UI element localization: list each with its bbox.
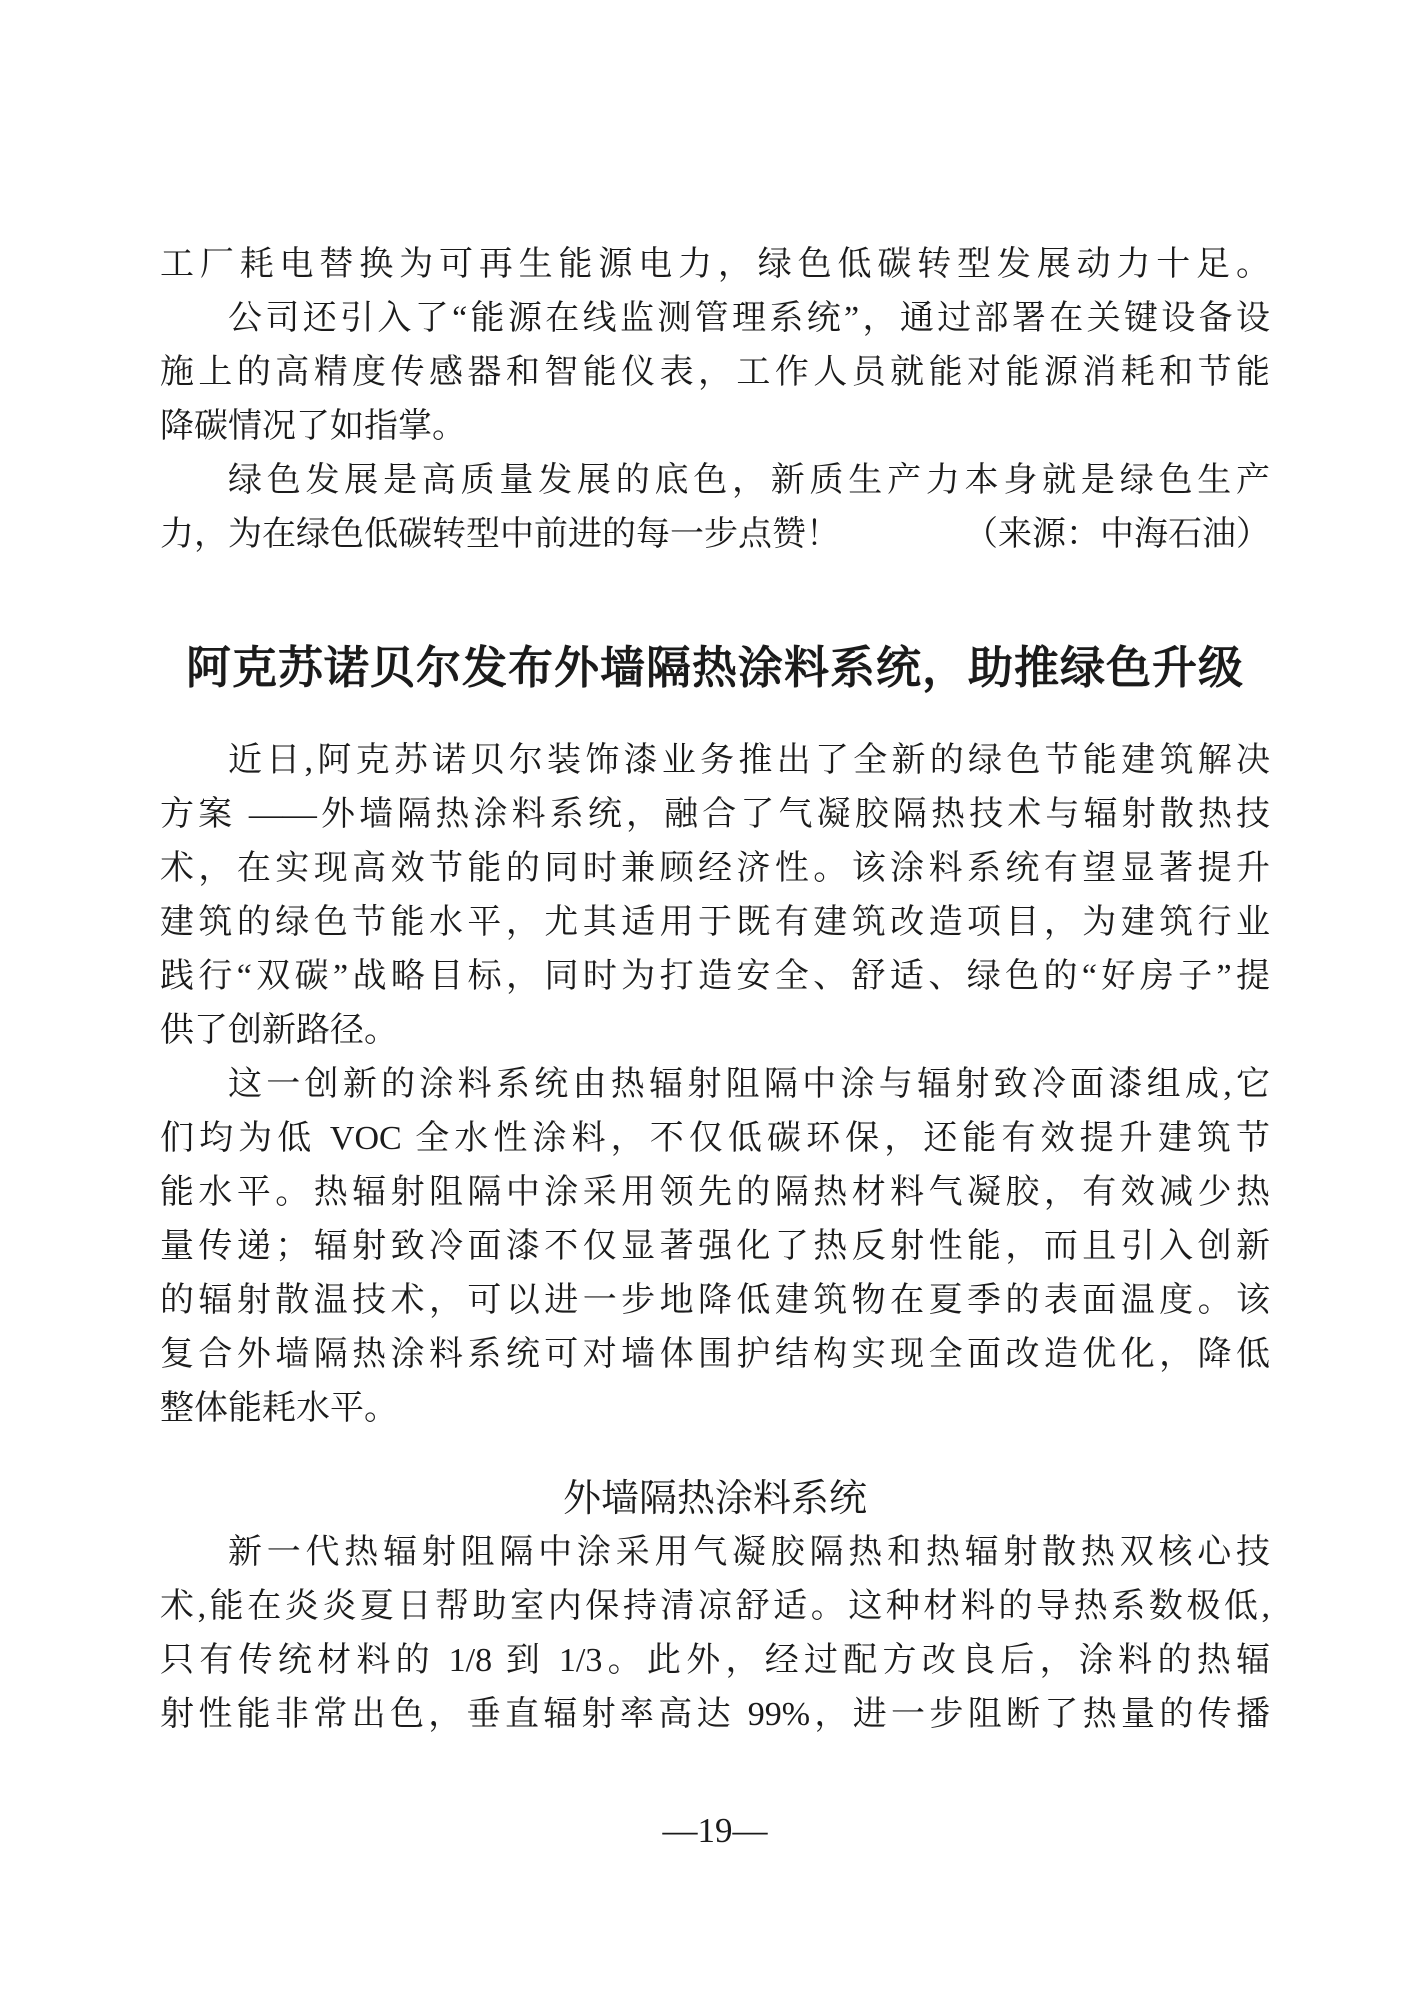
- body-line: 们均为低 VOC 全水性涂料，不仅低碳环保，还能有效提升建筑节: [160, 1112, 1270, 1166]
- body-line: 方案 ——外墙隔热涂料系统，融合了气凝胶隔热技术与辐射散热技: [160, 788, 1270, 842]
- body-line: 近日,阿克苏诺贝尔装饰漆业务推出了全新的绿色节能建筑解决: [160, 734, 1270, 788]
- body-line: 只有传统材料的 1/8 到 1/3。此外，经过配方改良后，涂料的热辐: [160, 1634, 1270, 1688]
- sub-heading: 外墙隔热涂料系统: [160, 1472, 1270, 1526]
- page-number: —19—: [160, 1804, 1270, 1858]
- body-line: 建筑的绿色节能水平，尤其适用于既有建筑改造项目，为建筑行业: [160, 896, 1270, 950]
- document-page: 工厂耗电替换为可再生能源电力，绿色低碳转型发展动力十足。公司还引入了“能源在线监…: [0, 0, 1415, 2000]
- body-line: 射性能非常出色，垂直辐射率高达 99%，进一步阻断了热量的传播: [160, 1688, 1270, 1742]
- body-line: 的辐射散温技术，可以进一步地降低建筑物在夏季的表面温度。该: [160, 1274, 1270, 1328]
- body-line: 术,能在炎炎夏日帮助室内保持清凉舒适。这种材料的导热系数极低,: [160, 1580, 1270, 1634]
- body-line: 施上的高精度传感器和智能仪表，工作人员就能对能源消耗和节能: [160, 346, 1270, 400]
- source-attribution: （来源：中海石油）: [964, 508, 1270, 562]
- body-line: 践行“双碳”战略目标，同时为打造安全、舒适、绿色的“好房子”提: [160, 950, 1270, 1004]
- body-line: 这一创新的涂料系统由热辐射阻隔中涂与辐射致冷面漆组成,它: [160, 1058, 1270, 1112]
- body-line: 术，在实现高效节能的同时兼顾经济性。该涂料系统有望显著提升: [160, 842, 1270, 896]
- body-line: 能水平。热辐射阻隔中涂采用领先的隔热材料气凝胶，有效减少热: [160, 1166, 1270, 1220]
- body-line: 新一代热辐射阻隔中涂采用气凝胶隔热和热辐射散热双核心技: [160, 1526, 1270, 1580]
- body-line: 降碳情况了如指掌。: [160, 400, 1270, 454]
- line-text-left: 力，为在绿色低碳转型中前进的每一步点赞！: [160, 508, 840, 562]
- body-line: 量传递；辐射致冷面漆不仅显著强化了热反射性能，而且引入创新: [160, 1220, 1270, 1274]
- body-line: 复合外墙隔热涂料系统可对墙体围护结构实现全面改造优化，降低: [160, 1328, 1270, 1382]
- body-line: 力，为在绿色低碳转型中前进的每一步点赞！（来源：中海石油）: [160, 508, 1270, 562]
- body-line: 绿色发展是高质量发展的底色，新质生产力本身就是绿色生产: [160, 454, 1270, 508]
- body-line: 工厂耗电替换为可再生能源电力，绿色低碳转型发展动力十足。: [160, 238, 1270, 292]
- body-line: 整体能耗水平。: [160, 1382, 1270, 1436]
- section-heading: 阿克苏诺贝尔发布外墙隔热涂料系统，助推绿色升级: [160, 638, 1270, 698]
- body-line: 公司还引入了“能源在线监测管理系统”，通过部署在关键设备设: [160, 292, 1270, 346]
- text-body: 工厂耗电替换为可再生能源电力，绿色低碳转型发展动力十足。公司还引入了“能源在线监…: [160, 0, 1270, 1858]
- body-line: 供了创新路径。: [160, 1004, 1270, 1058]
